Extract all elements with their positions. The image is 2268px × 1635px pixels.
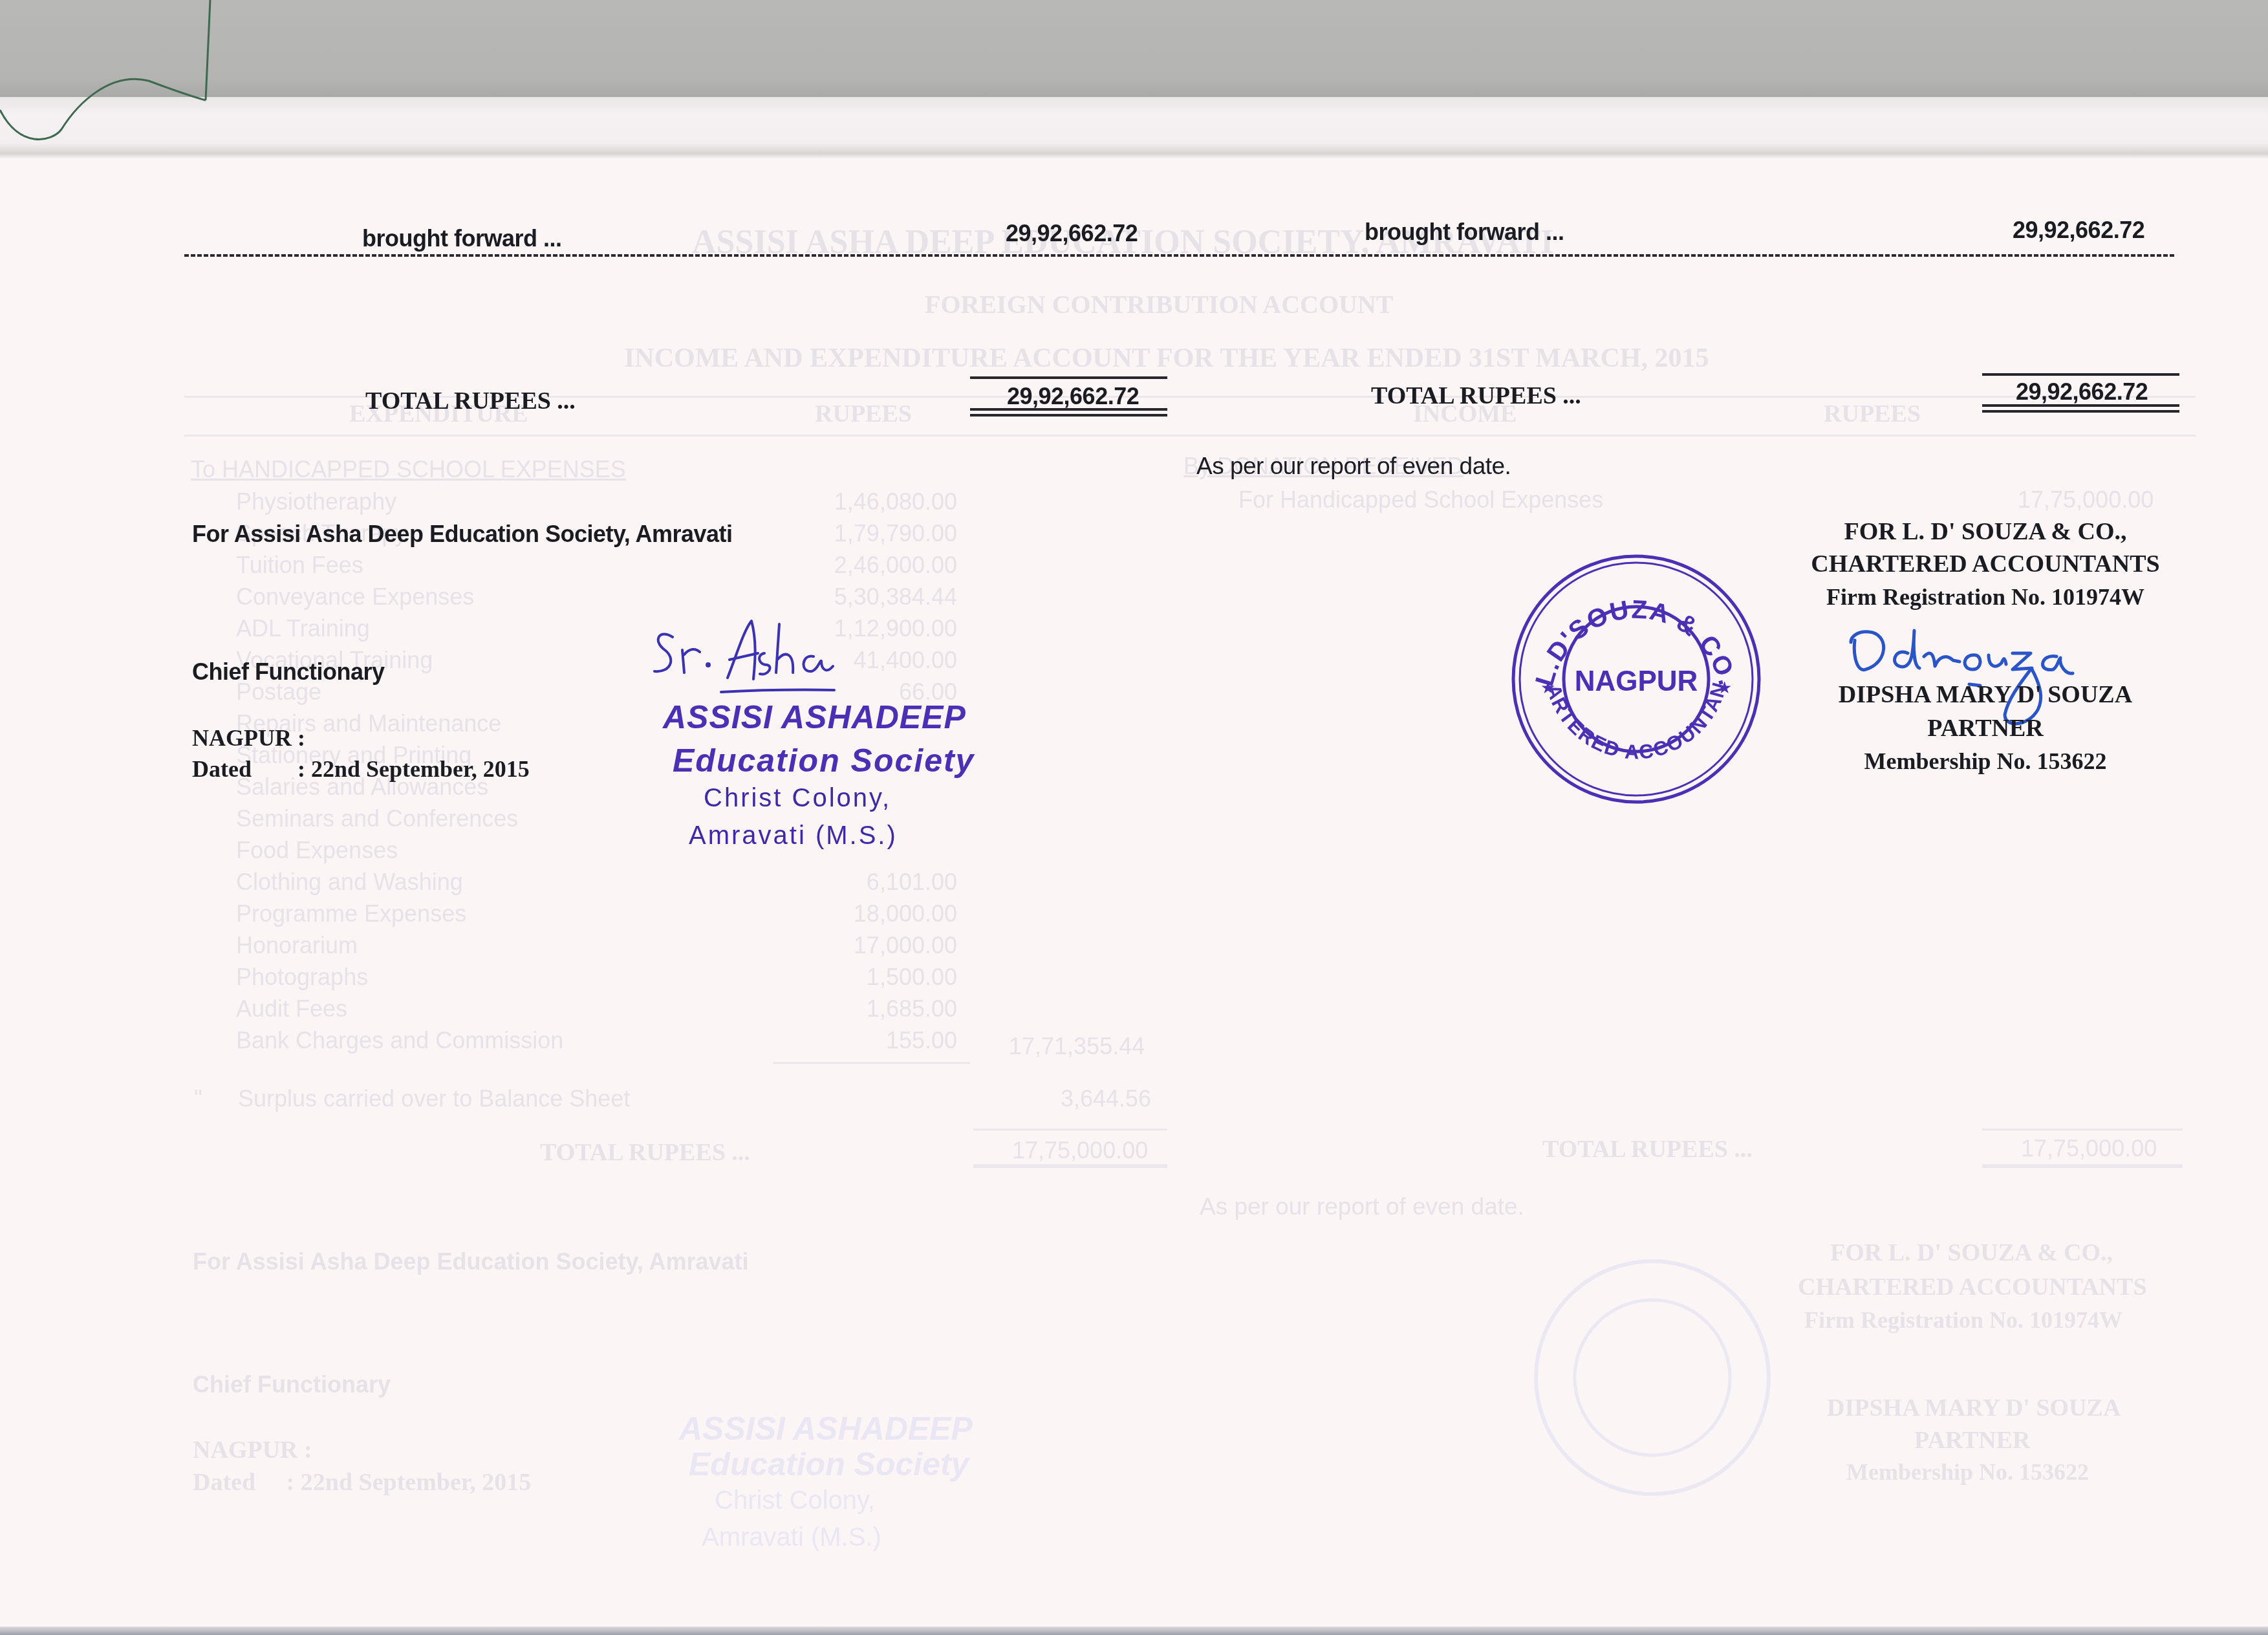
brought-forward-amount-left: 29,92,662.72 [1006, 220, 1138, 247]
seal-star-icon: ★ [1540, 678, 1555, 698]
total-rule-top-right [1982, 373, 2179, 376]
ghost-seal [1523, 1248, 1782, 1507]
ghost-expenditure-label: ADL Training [236, 615, 370, 642]
total-label-right: TOTAL RUPEES ... [1371, 382, 1581, 410]
ghost-stamp: Christ Colony, [715, 1486, 875, 1515]
ghost-total-amount: 17,75,000.00 [1012, 1137, 1148, 1164]
ghost-dated: Dated : 22nd September, 2015 [193, 1468, 531, 1497]
society-stamp-line2: Education Society [673, 742, 975, 779]
ghost-expenditure-amount: 1,79,790.00 [763, 520, 957, 547]
dashed-separator [184, 254, 2176, 257]
total-double-rule-right [1982, 404, 2179, 407]
ghost-report-note: As per our report of even date. [1200, 1193, 1524, 1220]
ghost-rule [973, 1164, 1167, 1168]
scanner-shadow-bottom [0, 1627, 2268, 1635]
ghost-expenditure-label: Clothing and Washing [236, 869, 463, 896]
ghost-bullet: " [194, 1085, 202, 1112]
ghost-dated-value: : 22nd September, 2015 [286, 1469, 532, 1496]
ghost-expenditure-amount: 1,46,080.00 [763, 488, 957, 515]
ghost-stamp: ASSISI ASHADEEP [679, 1410, 973, 1447]
society-stamp-line1: ASSISI ASHADEEP [663, 698, 966, 736]
ghost-place: NAGPUR : [193, 1436, 312, 1464]
seal-center: NAGPUR [1575, 666, 1698, 697]
ghost-rule [973, 1129, 1167, 1131]
auditor-firm-title: CHARTERED ACCOUNTANTS [1772, 550, 2199, 578]
ghost-expenditure-label: Bank Charges and Commission [236, 1027, 563, 1054]
ghost-expenditure-amount: 2,46,000.00 [763, 552, 957, 579]
dated-label: Dated [192, 755, 252, 783]
ghost-heading: INCOME AND EXPENDITURE ACCOUNT FOR THE Y… [624, 343, 1709, 374]
scanner-shadow-top [0, 0, 2268, 97]
total-double-rule-right [1982, 410, 2179, 413]
ghost-rule [1982, 1129, 2183, 1131]
ghost-total-label: TOTAL RUPEES ... [1542, 1135, 1753, 1164]
ghost-expenditure-heading: To HANDICAPPED SCHOOL EXPENSES [191, 456, 626, 483]
ghost-rule [184, 435, 2196, 437]
ghost-expenditure-amount: 1,685.00 [763, 995, 957, 1023]
ghost-total-amount: 17,75,000.00 [2021, 1135, 2157, 1162]
brought-forward-label-right: brought forward ... [1365, 219, 1564, 246]
auditor-role: PARTNER [1772, 714, 2199, 742]
auditor-partner-name: DIPSHA MARY D' SOUZA [1772, 680, 2199, 709]
ghost-income-item: For Handicapped School Expenses [1238, 486, 1603, 514]
society-stamp-line4: Amravati (M.S.) [689, 821, 898, 850]
ghost-surplus-amount: 3,644.56 [1061, 1085, 1151, 1112]
auditor-firm: FOR L. D' SOUZA & CO., [1772, 517, 2199, 546]
ghost-expenditure-label: Photographs [236, 964, 368, 991]
ghost-expenditure-amount: 6,101.00 [763, 869, 957, 896]
total-double-rule-left [970, 414, 1167, 417]
auditor-membership: Membership No. 153622 [1772, 748, 2199, 775]
society-designation: Chief Functionary [192, 658, 385, 686]
ghost-expenditure-amount: 1,500.00 [763, 964, 957, 991]
ghost-registration: Firm Registration No. 101974W [1804, 1306, 2122, 1334]
ghost-stamp: Education Society [689, 1446, 969, 1483]
binding-thread [0, 0, 233, 168]
ghost-expenditure-amount: 17,000.00 [763, 932, 957, 959]
ghost-dated-label: Dated [193, 1469, 255, 1496]
place-label: NAGPUR : [192, 724, 305, 752]
brought-forward-amount-right: 29,92,662.72 [2013, 217, 2144, 244]
ghost-expenditure-label: Programme Expenses [236, 900, 466, 927]
ghost-expenditure-label: Seminars and Conferences [236, 805, 518, 832]
ghost-expenditure-label: Physiotheraphy [236, 488, 396, 515]
ghost-for-line: For Assisi Asha Deep Education Society, … [193, 1248, 749, 1275]
ghost-expenditure-label: Food Expenses [236, 837, 398, 864]
ghost-col-header: RUPEES [1824, 400, 1921, 428]
brought-forward-label-left: brought forward ... [362, 225, 561, 252]
ghost-rule [773, 1062, 970, 1064]
ghost-subtitle: FOREIGN CONTRIBUTION ACCOUNT [925, 289, 1394, 319]
ghost-income-amount: 17,75,000.00 [2018, 486, 2154, 514]
total-double-rule-left [970, 408, 1167, 411]
report-note: As per our report of even date. [1196, 453, 1511, 480]
paper-fold [0, 97, 2268, 158]
ghost-col-header: RUPEES [815, 400, 912, 428]
total-amount-right: 29,92,662.72 [2016, 378, 2148, 406]
society-for-line: For Assisi Asha Deep Education Society, … [192, 521, 733, 548]
ghost-expenditure-label: Honorarium [236, 932, 358, 959]
auditor-registration: Firm Registration No. 101974W [1772, 583, 2199, 611]
ghost-firm: FOR L. D' SOUZA & CO., [1830, 1239, 2113, 1267]
total-label-left: TOTAL RUPEES ... [365, 387, 576, 415]
ghost-expenditure-label: Tuition Fees [236, 552, 363, 579]
society-signature: Sr. Asha [647, 614, 860, 698]
ghost-expenditure-amount: 5,30,384.44 [763, 583, 957, 611]
ghost-expenditure-label: Conveyance Expenses [236, 583, 474, 611]
ghost-partner: DIPSHA MARY D' SOUZA [1827, 1394, 2121, 1422]
ghost-designation: Chief Functionary [193, 1371, 391, 1398]
ghost-surplus-label: Surplus carried over to Balance Sheet [238, 1085, 630, 1112]
ghost-expenditure-amount: 155.00 [763, 1027, 957, 1054]
total-rule-top-left [970, 376, 1167, 379]
society-stamp-line3: Christ Colony, [704, 784, 891, 813]
ghost-stamp: Amravati (M.S.) [702, 1523, 881, 1552]
total-amount-left: 29,92,662.72 [1007, 383, 1139, 410]
ghost-membership: Membership No. 153622 [1846, 1458, 2089, 1486]
ghost-subtotal: 17,71,355.44 [1009, 1033, 1145, 1060]
ghost-total-label: TOTAL RUPEES ... [540, 1138, 750, 1167]
ghost-expenditure-amount: 18,000.00 [763, 900, 957, 927]
dated-value: : 22nd September, 2015 [297, 755, 530, 783]
auditor-seal: L.D'SOUZA & CO. CHARTERED ACCOUNTANTS NA… [1507, 550, 1766, 808]
ghost-firm-title: CHARTERED ACCOUNTANTS [1798, 1273, 2147, 1301]
ghost-rule [1982, 1164, 2183, 1168]
ghost-expenditure-label: Audit Fees [236, 995, 347, 1023]
ghost-role: PARTNER [1914, 1426, 2031, 1455]
seal-star-icon: ★ [1717, 678, 1732, 698]
